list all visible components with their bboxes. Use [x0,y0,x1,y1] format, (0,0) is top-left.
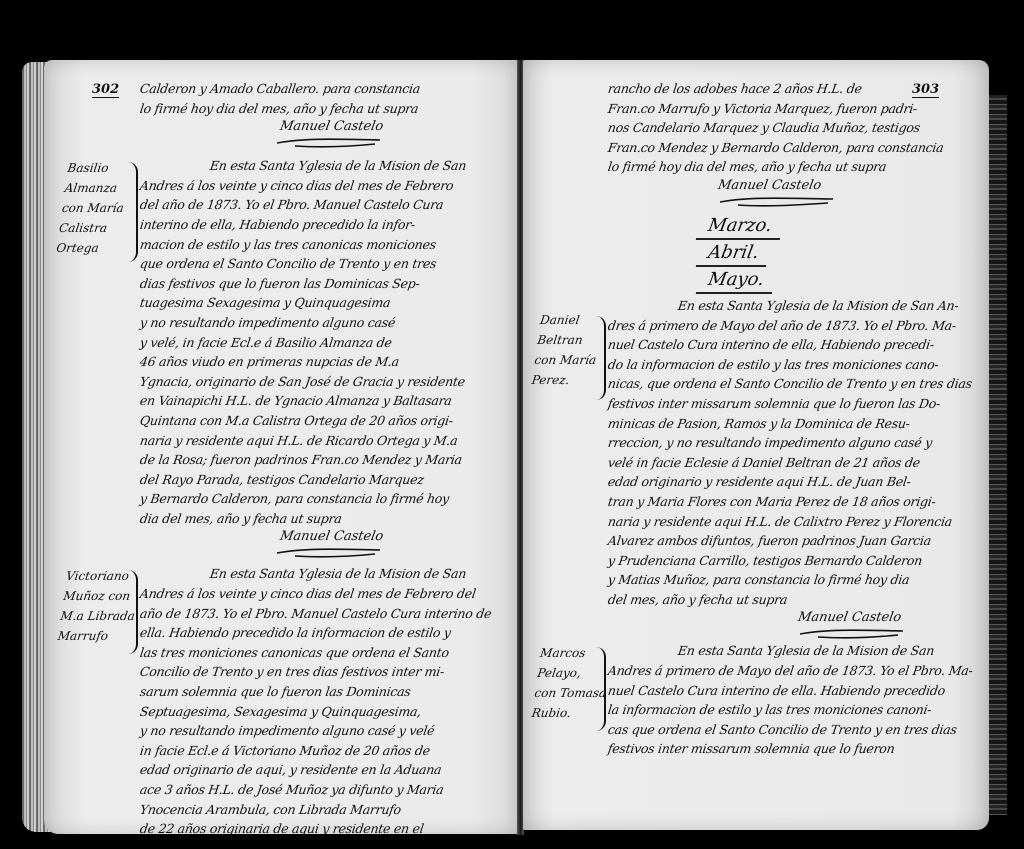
margin-brace [128,162,138,262]
entry-line: y Matias Muñoz, para constancia lo firmé… [607,570,985,590]
entry-line: naria y residente aqui H.L. de Calixtro … [607,512,985,532]
marriage-entry-munoz-marrufo: Victoriano Muñoz con M.a Librada Marrufo… [140,564,512,838]
entry-line: que ordena el Santo Concilio de Trento y… [139,254,514,274]
entry-line: minicas de Pasion, Ramos y la Dominica d… [607,414,985,434]
entry-signature: Manuel Castelo [278,528,513,546]
entry-line: de la Rosa; fueron padrinos Fran.co Mend… [139,450,514,470]
entry-line: las tres moniciones canonicas que ordena… [139,643,514,663]
entry-line: En esta Santa Yglesia de la Mision de Sa… [607,296,985,316]
entry-line: dres á primero de Mayo del año de 1873. … [607,316,985,336]
entry-line: nuel Castelo Cura interino de ella. Habi… [607,681,985,701]
entry-line: y no resultando impedimento alguno casé … [139,721,514,741]
left-carryover-signature: Manuel Castelo [278,118,513,136]
signature-flourish-icon [718,195,838,209]
entry-line: tuagesima Sexagesima y Quinquagesima [139,293,514,313]
right-carryover-line: nos Candelario Marquez y Claudia Muñoz, … [607,118,985,138]
month-heading-mayo: Mayo. [696,269,776,294]
entry-line: nuel Castelo Cura interino de ella, Habi… [607,335,985,355]
left-carryover-line: lo firmé hoy dia del mes, año y fecha ut… [139,99,514,119]
entry-line: En esta Santa Yglesia de la Mision de Sa… [139,564,514,584]
signature-flourish-icon [275,546,385,560]
entry-line: do la informacion de estilo y las tres m… [607,355,985,375]
entry-line: velé in facie Eclesie á Daniel Beltran d… [607,453,985,473]
entry-line: Quintana con M.a Calistra Ortega de 20 a… [139,411,514,431]
entry-line: año de 1873. Yo el Pbro. Manuel Castelo … [139,604,514,624]
left-folio-number: 302 [92,82,119,98]
entry-line: Andres á primero de Mayo del año de 1873… [607,661,985,681]
signature-flourish-icon [275,136,385,150]
marriage-entry-beltran-perez: Daniel Beltran con María Perez. En esta … [608,296,983,642]
right-carryover-line: Fran.co Marrufo y Victoria Marquez, fuer… [607,99,985,119]
margin-note-names: Daniel Beltran con María Perez. [530,310,603,390]
entry-line: del Rayo Parada, testigos Candelario Mar… [139,470,514,490]
entry-line: dias festivos que lo fueron las Dominica… [139,274,514,294]
right-carryover-line: Fran.co Mendez y Bernardo Calderon, para… [607,138,985,158]
entry-line: cas que ordena el Santo Concilio de Tren… [607,720,985,740]
entry-line: Alvarez ambos difuntos, fueron padrinos … [607,531,985,551]
entry-line: 46 años viudo en primeras nupcias de M.a [139,352,514,372]
month-headings: Marzo. Abril. Mayo. [608,215,983,296]
right-page-text: rancho de los adobes hace 2 años H.L. de… [608,79,983,759]
month-heading-abril: Abril. [696,242,771,267]
entry-line: del año de 1873. Yo el Pbro. Manuel Cast… [139,195,514,215]
entry-line: del mes, año y fecha ut supra [607,590,985,610]
entry-line: Ynocencia Arambula, con Librada Marrufo [139,800,514,820]
entry-line: En esta Santa Yglesia de la Mision de Sa… [607,641,985,661]
entry-line: dia del mes, año y fecha ut supra [139,509,514,529]
signature-flourish-icon [798,627,908,641]
margin-brace [596,647,606,731]
entry-line: naria y residente aqui H.L. de Ricardo O… [139,431,514,451]
margin-brace [596,316,606,400]
entry-line: festivos inter missarum solemnia que lo … [607,739,985,759]
right-carryover-signature: Manuel Castelo [716,177,984,195]
month-heading-marzo: Marzo. [696,215,784,240]
entry-line: Andres á los veinte y cinco dias del mes… [139,584,514,604]
entry-line: y no resultando impedimento alguno casé [139,313,514,333]
entry-line: de 22 años originaria de aqui y resident… [139,819,514,839]
entry-line: ella. Habiendo precedido la informacion … [139,623,514,643]
entry-line: y Prudenciana Carrillo, testigos Bernard… [607,551,985,571]
entry-line: interino de ella, Habiendo precedido la … [139,215,514,235]
entry-line: y Bernardo Calderon, para constancia lo … [139,489,514,509]
margin-brace [128,570,138,654]
entry-line: in facie Ecl.e á Victoriano Muñoz de 20 … [139,741,514,761]
entry-line: nicas, que ordena el Santo Concilio de T… [607,374,985,394]
entry-line: festivos inter missarum solemnia que lo … [607,394,985,414]
entry-line: tran y Maria Flores con Maria Perez de 1… [607,492,985,512]
entry-line: edad originario y residente aqui H.L. de… [607,472,985,492]
right-carryover-line: lo firmé hoy dia del mes, año y fecha ut… [607,157,985,177]
entry-line: Concilio de Trento y en tres dias festiv… [139,662,514,682]
marriage-entry-almanza-ortega: Basilio Almanza con María Calistra Orteg… [140,156,512,560]
entry-line: en Vainapichi H.L. de Ygnacio Almanza y … [139,391,514,411]
entry-signature: Manuel Castelo [796,609,984,627]
entry-line: Ygnacia, originario de San José de Graci… [139,372,514,392]
entry-line: la informacion de estilo y las tres moni… [607,700,985,720]
left-carryover-line: Calderon y Amado Caballero. para constan… [139,79,514,99]
marriage-entry-pelayo-rubio: Marcos Pelayo, con Tomasa Rubio. En esta… [608,641,983,759]
entry-line: rreccion, y no resultando impedimento al… [607,433,985,453]
right-carryover-line: rancho de los adobes hace 2 años H.L. de [607,79,985,99]
entry-line: macion de estilo y las tres canonicas mo… [139,235,514,255]
entry-line: Andres á los veinte y cinco dias del mes… [139,176,514,196]
entry-line: sarum solemnia que lo fueron las Dominic… [139,682,514,702]
entry-line: Septuagesima, Sexagesima y Quinquagesima… [139,702,514,722]
entry-line: y velé, in facie Ecl.e á Basilio Almanza… [139,333,514,353]
entry-line: edad originario de aqui, y residente en … [139,760,514,780]
entry-line: ace 3 años H.L. de José Muñoz ya difunto… [139,780,514,800]
entry-line: En esta Santa Yglesia de la Mision de Sa… [139,156,514,176]
left-page-text: Calderon y Amado Caballero. para constan… [140,79,512,839]
